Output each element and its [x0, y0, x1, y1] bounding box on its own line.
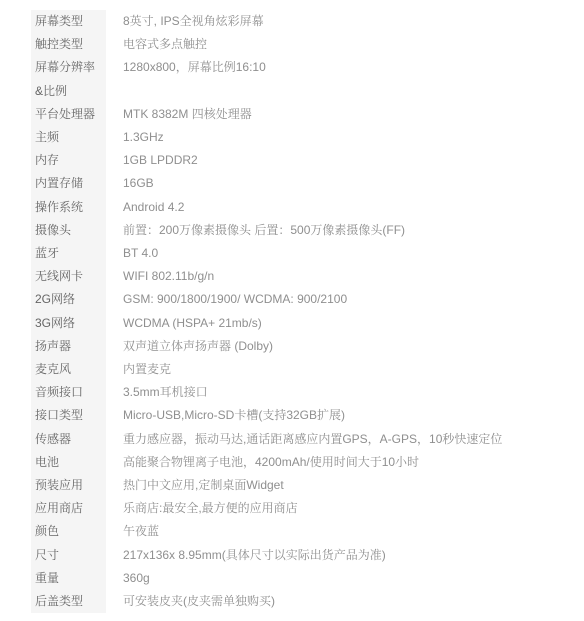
spec-value: 可安装皮夹(皮夹需单独购买)	[123, 590, 561, 613]
spec-value: 电容式多点触控	[123, 33, 561, 56]
spec-label: 无线网卡	[31, 265, 106, 288]
spec-row: 麦克风内置麦克	[31, 358, 561, 381]
spec-row: 接口类型Micro-USB,Micro-SD卡槽(支持32GB扩展)	[31, 404, 561, 427]
spec-value: 1.3GHz	[123, 126, 561, 149]
spec-label: 内置存储	[31, 172, 106, 195]
device-spec-page: 屏幕类型8英寸, IPS全视角炫彩屏幕触控类型电容式多点触控屏幕分辨率&比例12…	[0, 10, 584, 613]
spec-row: 摄像头前置：200万像素摄像头 后置：500万像素摄像头(FF)	[31, 219, 561, 242]
spec-value: WIFI 802.11b/g/n	[123, 265, 561, 288]
spec-value: 16GB	[123, 172, 561, 195]
spec-row: 尺寸217x136x 8.95mm(具体尺寸以实际出货产品为准)	[31, 544, 561, 567]
spec-value: 3.5mm耳机接口	[123, 381, 561, 404]
spec-label: 平台处理器	[31, 103, 106, 126]
spec-value: 1280x800，屏幕比例16:10	[123, 56, 561, 79]
spec-row: 颜色午夜蓝	[31, 520, 561, 543]
spec-value: 217x136x 8.95mm(具体尺寸以实际出货产品为准)	[123, 544, 561, 567]
spec-value: 高能聚合物锂离子电池，4200mAh/使用时间大于10小时	[123, 451, 561, 474]
spec-label: 屏幕分辨率&比例	[31, 56, 106, 102]
spec-value: 8英寸, IPS全视角炫彩屏幕	[123, 10, 561, 33]
spec-label: 操作系统	[31, 196, 106, 219]
spec-value: MTK 8382M 四核处理器	[123, 103, 561, 126]
spec-label: 后盖类型	[31, 590, 106, 613]
spec-label: 重量	[31, 567, 106, 590]
spec-label: 音频接口	[31, 381, 106, 404]
spec-value: 重力感应器，振动马达,通话距离感应内置GPS，A-GPS，10秒快速定位	[123, 428, 561, 451]
spec-label: 预装应用	[31, 474, 106, 497]
spec-table: 屏幕类型8英寸, IPS全视角炫彩屏幕触控类型电容式多点触控屏幕分辨率&比例12…	[31, 10, 561, 613]
spec-label: 内存	[31, 149, 106, 172]
spec-row: 传感器重力感应器，振动马达,通话距离感应内置GPS，A-GPS，10秒快速定位	[31, 428, 561, 451]
spec-label: 屏幕类型	[31, 10, 106, 33]
spec-row: 电池高能聚合物锂离子电池，4200mAh/使用时间大于10小时	[31, 451, 561, 474]
spec-label: 传感器	[31, 428, 106, 451]
spec-label: 扬声器	[31, 335, 106, 358]
spec-label: 应用商店	[31, 497, 106, 520]
spec-label: 尺寸	[31, 544, 106, 567]
spec-row: 后盖类型可安装皮夹(皮夹需单独购买)	[31, 590, 561, 613]
spec-value: WCDMA (HSPA+ 21mb/s)	[123, 312, 561, 335]
spec-row: 2G网络GSM: 900/1800/1900/ WCDMA: 900/2100	[31, 288, 561, 311]
spec-value: GSM: 900/1800/1900/ WCDMA: 900/2100	[123, 288, 561, 311]
spec-row: 主频1.3GHz	[31, 126, 561, 149]
spec-label: 颜色	[31, 520, 106, 543]
spec-value: Micro-USB,Micro-SD卡槽(支持32GB扩展)	[123, 404, 561, 427]
spec-value: 乐商店:最安全,最方便的应用商店	[123, 497, 561, 520]
spec-row: 内存1GB LPDDR2	[31, 149, 561, 172]
spec-label: 电池	[31, 451, 106, 474]
spec-label: 触控类型	[31, 33, 106, 56]
spec-value: 热门中文应用,定制桌面Widget	[123, 474, 561, 497]
spec-row: 平台处理器MTK 8382M 四核处理器	[31, 103, 561, 126]
spec-label: 摄像头	[31, 219, 106, 242]
spec-label: 2G网络	[31, 288, 106, 311]
spec-row: 触控类型电容式多点触控	[31, 33, 561, 56]
spec-value: 内置麦克	[123, 358, 561, 381]
spec-row: 预装应用热门中文应用,定制桌面Widget	[31, 474, 561, 497]
spec-label: 蓝牙	[31, 242, 106, 265]
spec-row: 屏幕分辨率&比例1280x800，屏幕比例16:10	[31, 56, 561, 102]
spec-value: 前置：200万像素摄像头 后置：500万像素摄像头(FF)	[123, 219, 561, 242]
spec-value: BT 4.0	[123, 242, 561, 265]
spec-row: 蓝牙BT 4.0	[31, 242, 561, 265]
spec-value: 360g	[123, 567, 561, 590]
spec-label: 3G网络	[31, 312, 106, 335]
spec-value: 双声道立体声扬声器 (Dolby)	[123, 335, 561, 358]
spec-label: 主频	[31, 126, 106, 149]
spec-row: 应用商店乐商店:最安全,最方便的应用商店	[31, 497, 561, 520]
spec-label: 麦克风	[31, 358, 106, 381]
spec-row: 音频接口3.5mm耳机接口	[31, 381, 561, 404]
spec-value: 1GB LPDDR2	[123, 149, 561, 172]
spec-value: Android 4.2	[123, 196, 561, 219]
spec-row: 3G网络WCDMA (HSPA+ 21mb/s)	[31, 312, 561, 335]
spec-row: 内置存储16GB	[31, 172, 561, 195]
spec-row: 无线网卡WIFI 802.11b/g/n	[31, 265, 561, 288]
spec-row: 屏幕类型8英寸, IPS全视角炫彩屏幕	[31, 10, 561, 33]
spec-row: 扬声器双声道立体声扬声器 (Dolby)	[31, 335, 561, 358]
spec-label: 接口类型	[31, 404, 106, 427]
spec-row: 重量360g	[31, 567, 561, 590]
spec-value: 午夜蓝	[123, 520, 561, 543]
spec-row: 操作系统Android 4.2	[31, 196, 561, 219]
